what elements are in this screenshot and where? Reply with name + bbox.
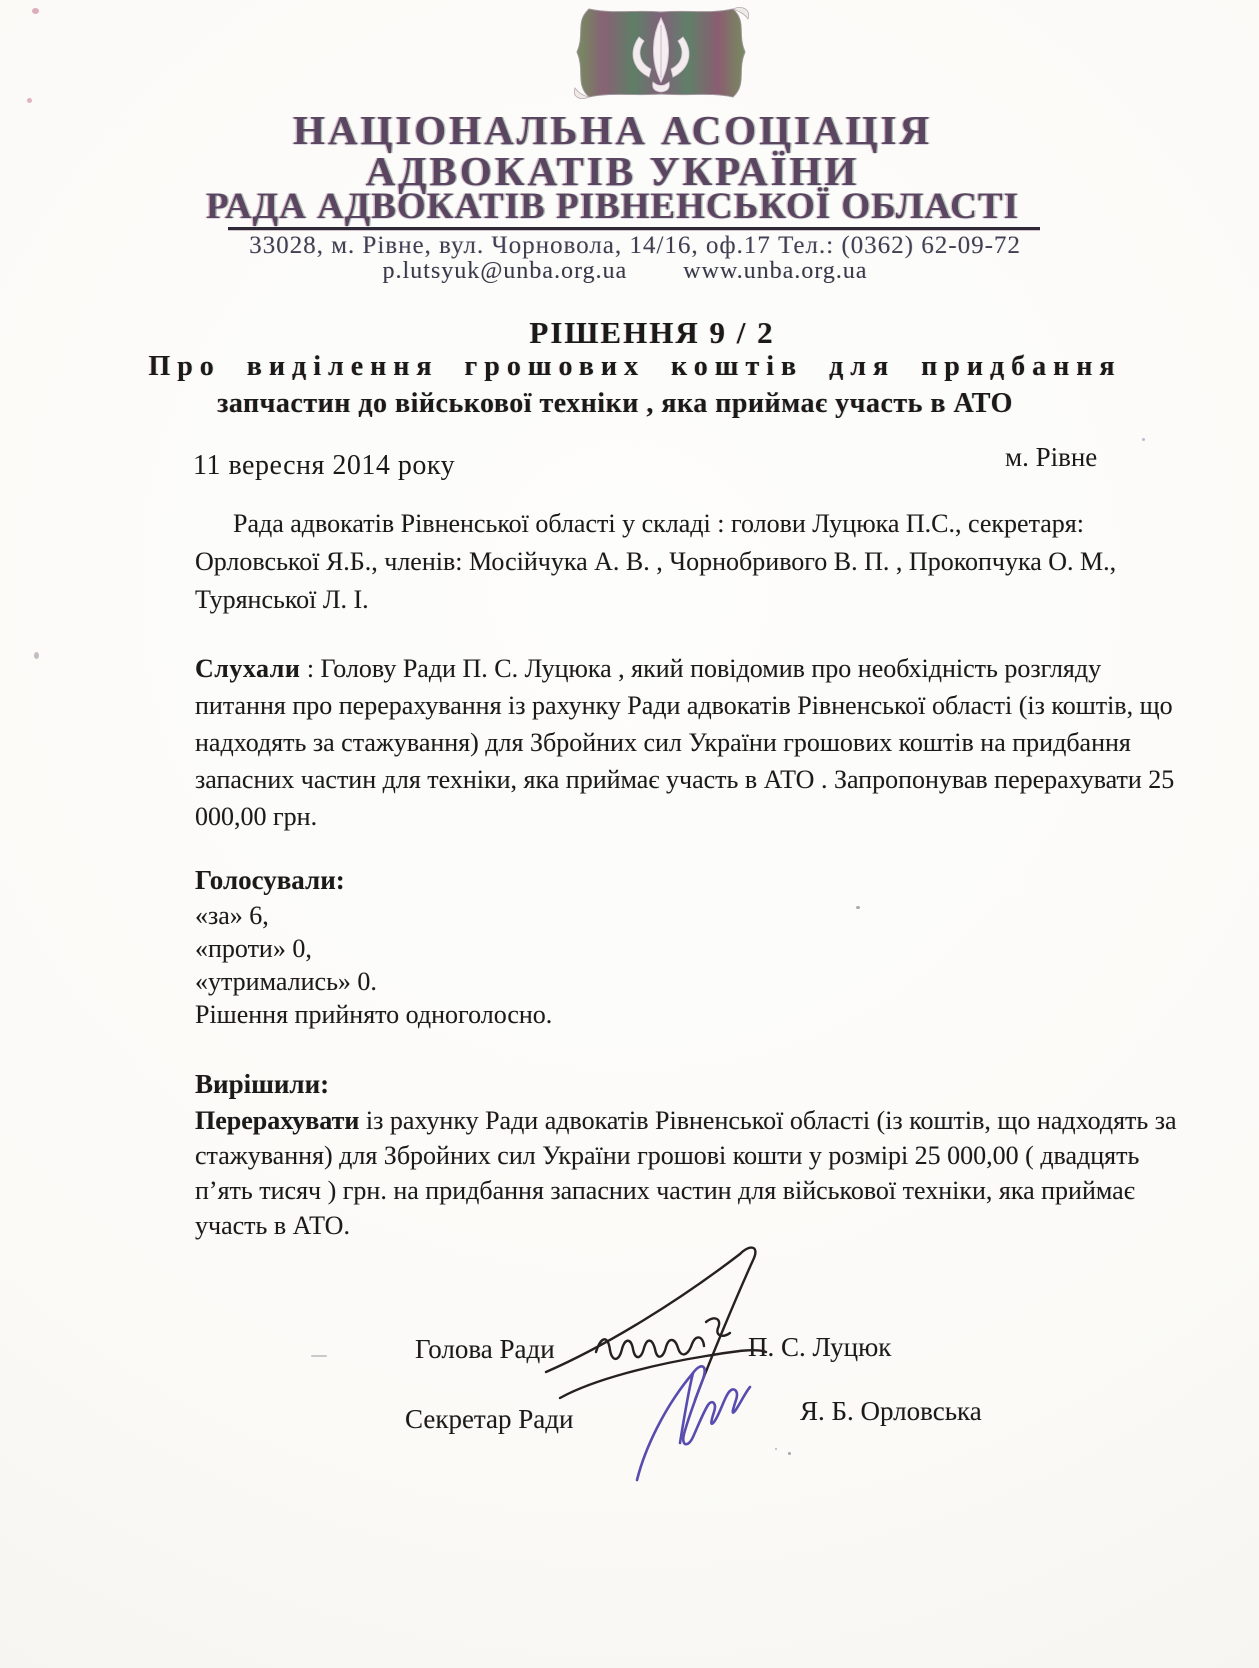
paper-speck [856, 906, 860, 909]
org-emblem-scroll-trident-icon [565, 4, 757, 102]
email-text: p.lutsyuk@unba.org.ua [383, 258, 628, 285]
voting-label: Голосували: [195, 862, 1180, 899]
decided-label: Вирішили: [195, 1066, 1180, 1103]
vote-result: Рішення прийнято одноголосно. [195, 998, 1180, 1031]
paper-speck [32, 8, 39, 14]
decision-place: м. Рівне [1005, 442, 1097, 473]
decision-date: 11 вересня 2014 року [193, 450, 455, 482]
paper-speck [775, 1448, 777, 1450]
secretary-signature [592, 1348, 762, 1488]
decided-lead: Перерахувати [195, 1106, 359, 1135]
voting-section: Голосували: «за» 6, «проти» 0, «утримали… [195, 862, 1180, 1031]
chairman-name: П. С. Луцюк [748, 1332, 891, 1363]
website-text: www.unba.org.ua [683, 258, 867, 285]
chairman-signature [536, 1236, 780, 1414]
decided-paragraph: Перерахувати із рахунку Ради адвокатів Р… [195, 1103, 1180, 1243]
contacts-line: p.lutsyuk@unba.org.ua www.unba.org.ua [0, 258, 1250, 285]
heard-text: : Голову Ради П. С. Луцюка , який повідо… [195, 654, 1174, 831]
paper-speck [34, 652, 39, 659]
vote-abstained: «утримались» 0. [195, 965, 1180, 998]
secretary-title: Секретар Ради [405, 1404, 573, 1435]
paper-speck [27, 98, 32, 103]
scanned-decision-document: НАЦІОНАЛЬНА АСОЦІАЦІЯ АДВОКАТІВ УКРАЇНИ … [0, 0, 1259, 1668]
decision-section: Вирішили: Перерахувати із рахунку Ради а… [195, 1066, 1180, 1243]
decision-subject-line1: Про виділення грошових коштів для придба… [0, 351, 1259, 383]
address-line: 33028, м. Рівне, вул. Чорновола, 14/16, … [0, 232, 1259, 260]
decision-subject-line2: запчастин до військової техніки , яка пр… [0, 388, 1230, 420]
paper-speck [311, 1355, 327, 1357]
heard-paragraph: Слухали : Голову Ради П. С. Луцюка , яки… [195, 650, 1180, 835]
council-name: РАДА АДВОКАТІВ РІВНЕНСЬКОЇ ОБЛАСТІ [0, 185, 1225, 228]
header-divider [228, 227, 1040, 230]
vote-against: «проти» 0, [195, 932, 1180, 965]
secretary-name: Я. Б. Орловська [800, 1396, 982, 1427]
paper-speck [1142, 438, 1145, 441]
heard-label: Слухали [195, 654, 300, 683]
decision-number-title: РІШЕННЯ 9 / 2 [45, 315, 1259, 351]
paper-speck [788, 1452, 791, 1455]
vote-for: «за» 6, [195, 899, 1180, 932]
council-composition-paragraph: Рада адвокатів Рівненської області у скл… [195, 505, 1180, 619]
chairman-title: Голова Ради [415, 1334, 555, 1365]
